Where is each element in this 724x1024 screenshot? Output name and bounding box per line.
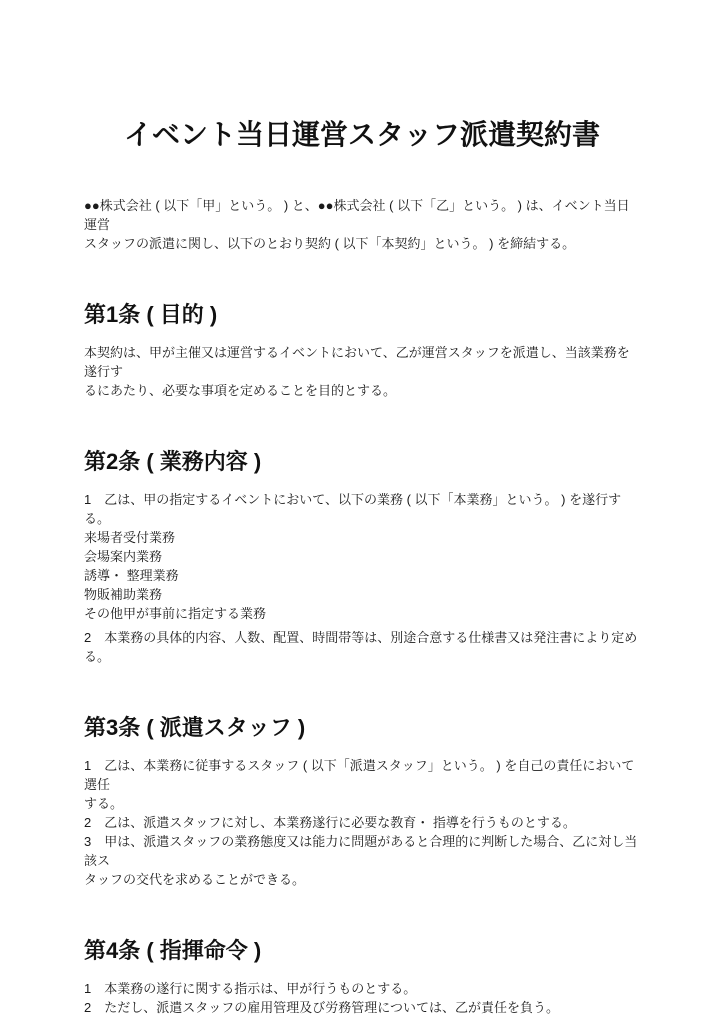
article-2-paragraph-2: 2 本業務の具体的内容、人数、配置、時間帯等は、別途合意する仕様書又は発注書によ… bbox=[84, 628, 640, 666]
section-article-3: 第3条 ( 派遣スタッフ ) 1 乙は、本業務に従事するスタッフ ( 以下「派遣… bbox=[84, 713, 640, 889]
section-article-2: 第2条 ( 業務内容 ) 1 乙は、甲の指定するイベントにおいて、以下の業務 (… bbox=[84, 447, 640, 666]
article-1-paragraph: 本契約は、甲が主催又は運営するイベントにおいて、乙が運営スタッフを派遣し、当該業… bbox=[84, 343, 640, 400]
article-2-paragraph-1: 1 乙は、甲の指定するイベントにおいて、以下の業務 ( 以下「本業務」という。 … bbox=[84, 490, 640, 623]
document-title: イベント当日運営スタッフ派遣契約書 bbox=[84, 115, 640, 155]
article-1-heading: 第1条 ( 目的 ) bbox=[84, 300, 640, 330]
article-4-paragraph: 1 本業務の遂行に関する指示は、甲が行うものとする。 2 ただし、派遣スタッフの… bbox=[84, 979, 640, 1017]
article-3-heading: 第3条 ( 派遣スタッフ ) bbox=[84, 713, 640, 743]
intro-paragraph: ●●株式会社 ( 以下「甲」という。 ) と、●●株式会社 ( 以下「乙」という… bbox=[84, 196, 640, 253]
section-article-1: 第1条 ( 目的 ) 本契約は、甲が主催又は運営するイベントにおいて、乙が運営ス… bbox=[84, 300, 640, 400]
section-article-4: 第4条 ( 指揮命令 ) 1 本業務の遂行に関する指示は、甲が行うものとする。 … bbox=[84, 936, 640, 1017]
article-2-heading: 第2条 ( 業務内容 ) bbox=[84, 447, 640, 477]
article-4-heading: 第4条 ( 指揮命令 ) bbox=[84, 936, 640, 966]
article-3-paragraph: 1 乙は、本業務に従事するスタッフ ( 以下「派遣スタッフ」という。 ) を自己… bbox=[84, 756, 640, 889]
contract-document-page: イベント当日運営スタッフ派遣契約書 ●●株式会社 ( 以下「甲」という。 ) と… bbox=[0, 0, 724, 1024]
